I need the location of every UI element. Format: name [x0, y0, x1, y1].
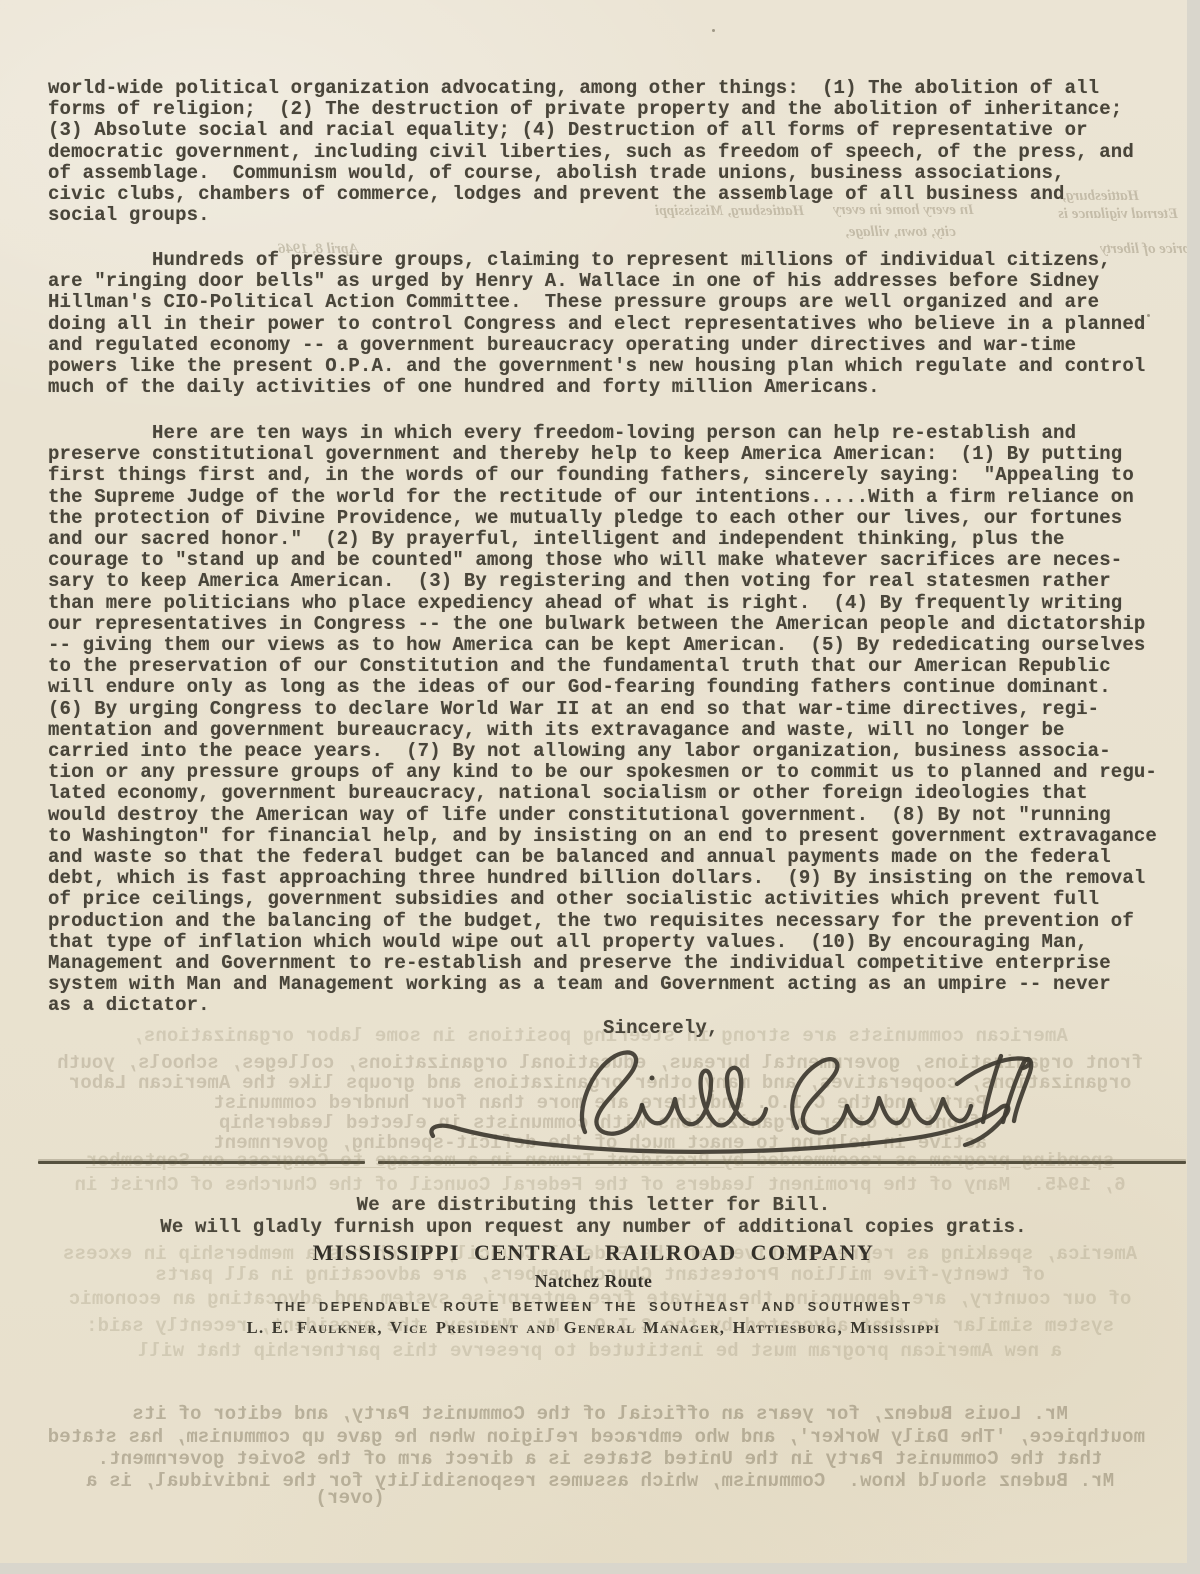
company-name: MISSISSIPPI CENTRAL RAILROAD COMPANY — [0, 1240, 1187, 1266]
letter-paragraph-1: world-wide political organization advoca… — [48, 78, 1173, 226]
signature-bill-smith — [415, 1044, 1045, 1162]
paper-speck — [152, 187, 154, 189]
letter-paragraph-3: Here are ten ways in which every freedom… — [48, 423, 1173, 1017]
letter-paragraph-2: Hundreds of pressure groups, claiming to… — [48, 250, 1173, 398]
bleedthrough-line: spending program as recommended by Presi… — [55, 1150, 1145, 1172]
bleedthrough-line: a new American program must be institute… — [55, 1340, 1145, 1362]
route-name: Natchez Route — [0, 1271, 1187, 1291]
bleedthrough-letterhead-motto2: city, town, village, — [845, 224, 956, 241]
letter-paper: Hattiesburg, Mississippi In every home i… — [0, 0, 1187, 1563]
bleedthrough-line: Mr. Louis Budenz, for years an official … — [55, 1403, 1145, 1425]
officer-line: L. E. Faulkner, Vice President and Gener… — [0, 1318, 1187, 1337]
paper-speck — [1147, 314, 1150, 317]
scan-background-bottom — [0, 1563, 1200, 1574]
scan-background-right — [1187, 0, 1200, 1574]
closing-sincerely: Sincerely, — [603, 1017, 719, 1039]
scanned-letter-page: { "page": { "body": [ [ "world-wide poli… — [0, 0, 1200, 1574]
signature-name-text: Bill Smith — [0, 0, 1, 1]
bleedthrough-line: mouthpiece, 'The Daily Worker', and who … — [55, 1426, 1145, 1448]
distribution-note-line1: We are distributing this letter for Bill… — [0, 1194, 1187, 1216]
bleedthrough-line: Mr. Budenz should know. Communism, which… — [55, 1470, 1145, 1492]
paper-speck — [712, 29, 715, 32]
bleedthrough-line: that the Communist Party in the United S… — [55, 1448, 1145, 1470]
bleedthrough-over: (over) — [300, 1487, 400, 1509]
company-slogan: THE DEPENDABLE ROUTE BETWEEN THE SOUTHEA… — [0, 1299, 1187, 1314]
bleedthrough-line: 6, 1945. Many of the prominent leaders o… — [55, 1174, 1145, 1196]
distribution-note-line2: We will gladly furnish upon request any … — [0, 1216, 1187, 1238]
